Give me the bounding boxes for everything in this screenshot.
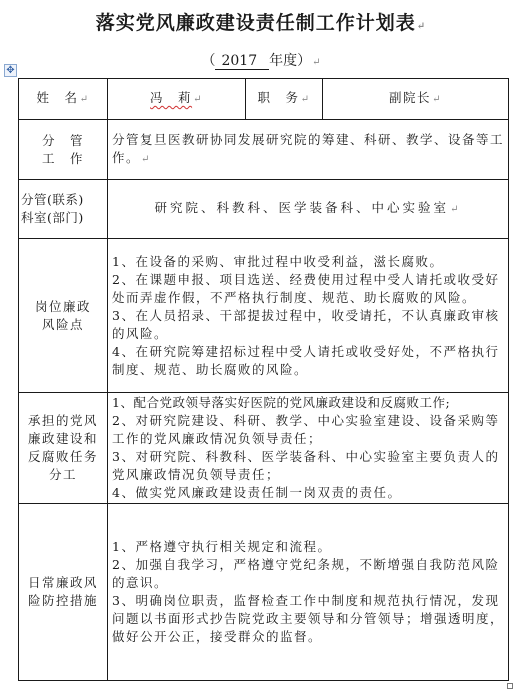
- table-row-name: 姓 名↵ 冯 莉↵ 职 务↵ 副院长↵: [19, 79, 509, 120]
- list-item: 3、在人员招录、干部提拔过程中，收受请托，不认真廉政审核的风险。: [112, 307, 504, 343]
- tasks-text-cell[interactable]: 1、配合党政领导落实好医院的党风廉政建设和反腐败工作; 2、对研究院建设、科研、…: [108, 393, 509, 504]
- list-item: 1、在设备的采购、审批过程中收受利益，滋长腐败。: [112, 253, 504, 271]
- document-subtitle: （2017年度）↵: [0, 50, 522, 70]
- risk-points-label-cell: 岗位廉政 风险点: [19, 239, 108, 393]
- document-title: 落实党风廉政建设责任制工作计划表↵: [0, 8, 522, 35]
- plan-table: 姓 名↵ 冯 莉↵ 职 务↵ 副院长↵ 分 管 工 作 分管复旦医教研协同发展研…: [18, 78, 509, 681]
- table-row-measures: 日常廉政风 险防控措施 1、严格遵守执行相关规定和流程。 2、加强自我学习，严格…: [19, 504, 509, 681]
- list-item: 1、配合党政领导落实好医院的党风廉政建设和反腐败工作;: [112, 394, 504, 412]
- measures-text-cell[interactable]: 1、严格遵守执行相关规定和流程。 2、加强自我学习，严格遵守党纪条规，不断增强自…: [108, 504, 509, 681]
- paragraph-mark-icon: ↵: [312, 57, 320, 68]
- name-value-cell[interactable]: 冯 莉↵: [108, 79, 246, 120]
- table-row-responsibility: 分 管 工 作 分管复旦医教研协同发展研究院的筹建、科研、教学、设备等工作。↵: [19, 120, 509, 180]
- table-row-risk-points: 岗位廉政 风险点 1、在设备的采购、审批过程中收受利益，滋长腐败。 2、在课题申…: [19, 239, 509, 393]
- list-item: 2、在课题申报、项目选送、经费使用过程中受人请托或收受好处而弄虚作假，不严格执行…: [112, 271, 504, 307]
- list-item: 3、对研究院、科教科、医学装备科、中心实验室主要负责人的党风廉政情况负领导责任；: [112, 448, 504, 484]
- departments-label-cell: 分管(联系) 科室(部门): [19, 180, 108, 239]
- paragraph-mark-icon: ↵: [417, 21, 426, 32]
- position-value-cell[interactable]: 副院长↵: [323, 79, 509, 120]
- list-item: 2、加强自我学习，严格遵守党纪条规，不断增强自我防范风险的意识。: [112, 556, 504, 592]
- table-row-tasks: 承担的党风 廉政建设和 反腐败任务 分工 1、配合党政领导落实好医院的党风廉政建…: [19, 393, 509, 504]
- list-item: 4、做实党风廉政建设责任制一岗双责的责任。: [112, 484, 504, 502]
- list-item: 4、在研究院筹建招标过程中受人请托或收受好处，不严格执行制度、规范、助长腐败的风…: [112, 343, 504, 379]
- responsibility-text-cell[interactable]: 分管复旦医教研协同发展研究院的筹建、科研、教学、设备等工作。↵: [108, 120, 509, 180]
- list-item: 2、对研究院建设、科研、教学、中心实验室建设、设备采购等工作的党风廉政情况负领导…: [112, 412, 504, 448]
- departments-text-cell[interactable]: 研究院、科教科、医学装备科、中心实验室↵: [108, 180, 509, 239]
- list-item: 1、严格遵守执行相关规定和流程。: [112, 538, 504, 556]
- name-label-cell: 姓 名↵: [19, 79, 108, 120]
- risk-points-text-cell[interactable]: 1、在设备的采购、审批过程中收受利益，滋长腐败。 2、在课题申报、项目选送、经费…: [108, 239, 509, 393]
- table-move-handle-icon[interactable]: ✥: [4, 64, 17, 77]
- tasks-label-cell: 承担的党风 廉政建设和 反腐败任务 分工: [19, 393, 108, 504]
- year-value[interactable]: 2017: [215, 53, 269, 70]
- table-resize-handle-icon[interactable]: [507, 683, 513, 689]
- responsibility-label-cell: 分 管 工 作: [19, 120, 108, 180]
- position-label-cell: 职 务↵: [246, 79, 323, 120]
- list-item: 3、明确岗位职责，监督检查工作中制度和规范执行情况，发现问题以书面形式抄告院党政…: [112, 592, 504, 646]
- table-row-departments: 分管(联系) 科室(部门) 研究院、科教科、医学装备科、中心实验室↵: [19, 180, 509, 239]
- measures-label-cell: 日常廉政风 险防控措施: [19, 504, 108, 681]
